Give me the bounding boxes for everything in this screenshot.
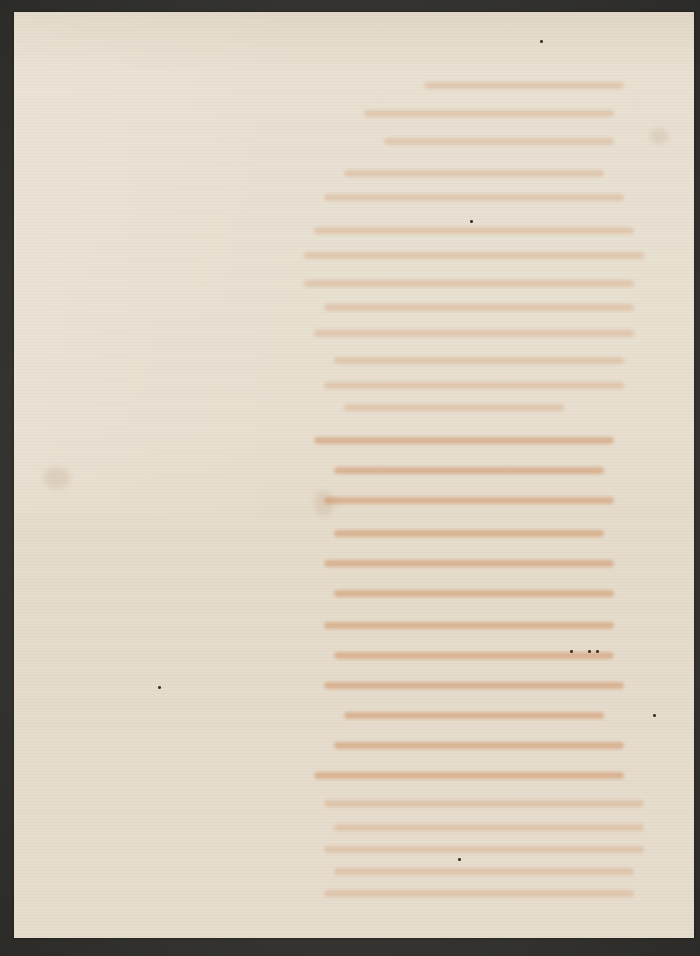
bleed-through-line [324,497,614,504]
bleed-through-line [324,382,624,389]
bleed-through-line [324,304,634,311]
ink-bleed-through-region [304,82,664,922]
ink-speck [596,650,599,653]
bleed-through-line [344,712,604,719]
bleed-through-line [324,890,634,897]
bleed-through-line [334,590,614,597]
bleed-through-line [324,682,624,689]
manuscript-page [14,12,694,938]
bleed-through-line [324,846,644,853]
bleed-through-line [324,194,624,201]
bleed-through-line [334,467,604,474]
bleed-through-line [314,330,634,337]
stain [44,467,70,489]
bleed-through-line [304,280,634,287]
ink-speck [570,650,573,653]
bleed-through-line [334,742,624,749]
bleed-through-line [334,652,614,659]
bleed-through-line [384,138,614,145]
left-panel-shading [14,12,314,514]
ink-speck [458,858,461,861]
bleed-through-line [324,560,614,567]
bleed-through-line [344,170,604,177]
ink-speck [470,220,473,223]
bleed-through-line [334,868,634,875]
bleed-through-line [334,357,624,364]
bleed-through-line [424,82,624,89]
bleed-through-line [334,530,604,537]
bleed-through-line [324,800,644,807]
bleed-through-line [314,437,614,444]
ink-speck [653,714,656,717]
ink-speck [158,686,161,689]
bleed-through-line [314,227,634,234]
bleed-through-line [364,110,614,117]
bleed-through-line [314,772,624,779]
bleed-through-line [334,824,644,831]
ink-speck [540,40,543,43]
bleed-through-line [324,622,614,629]
bleed-through-line [344,404,564,411]
bleed-through-line [304,252,644,259]
ink-speck [588,650,591,653]
